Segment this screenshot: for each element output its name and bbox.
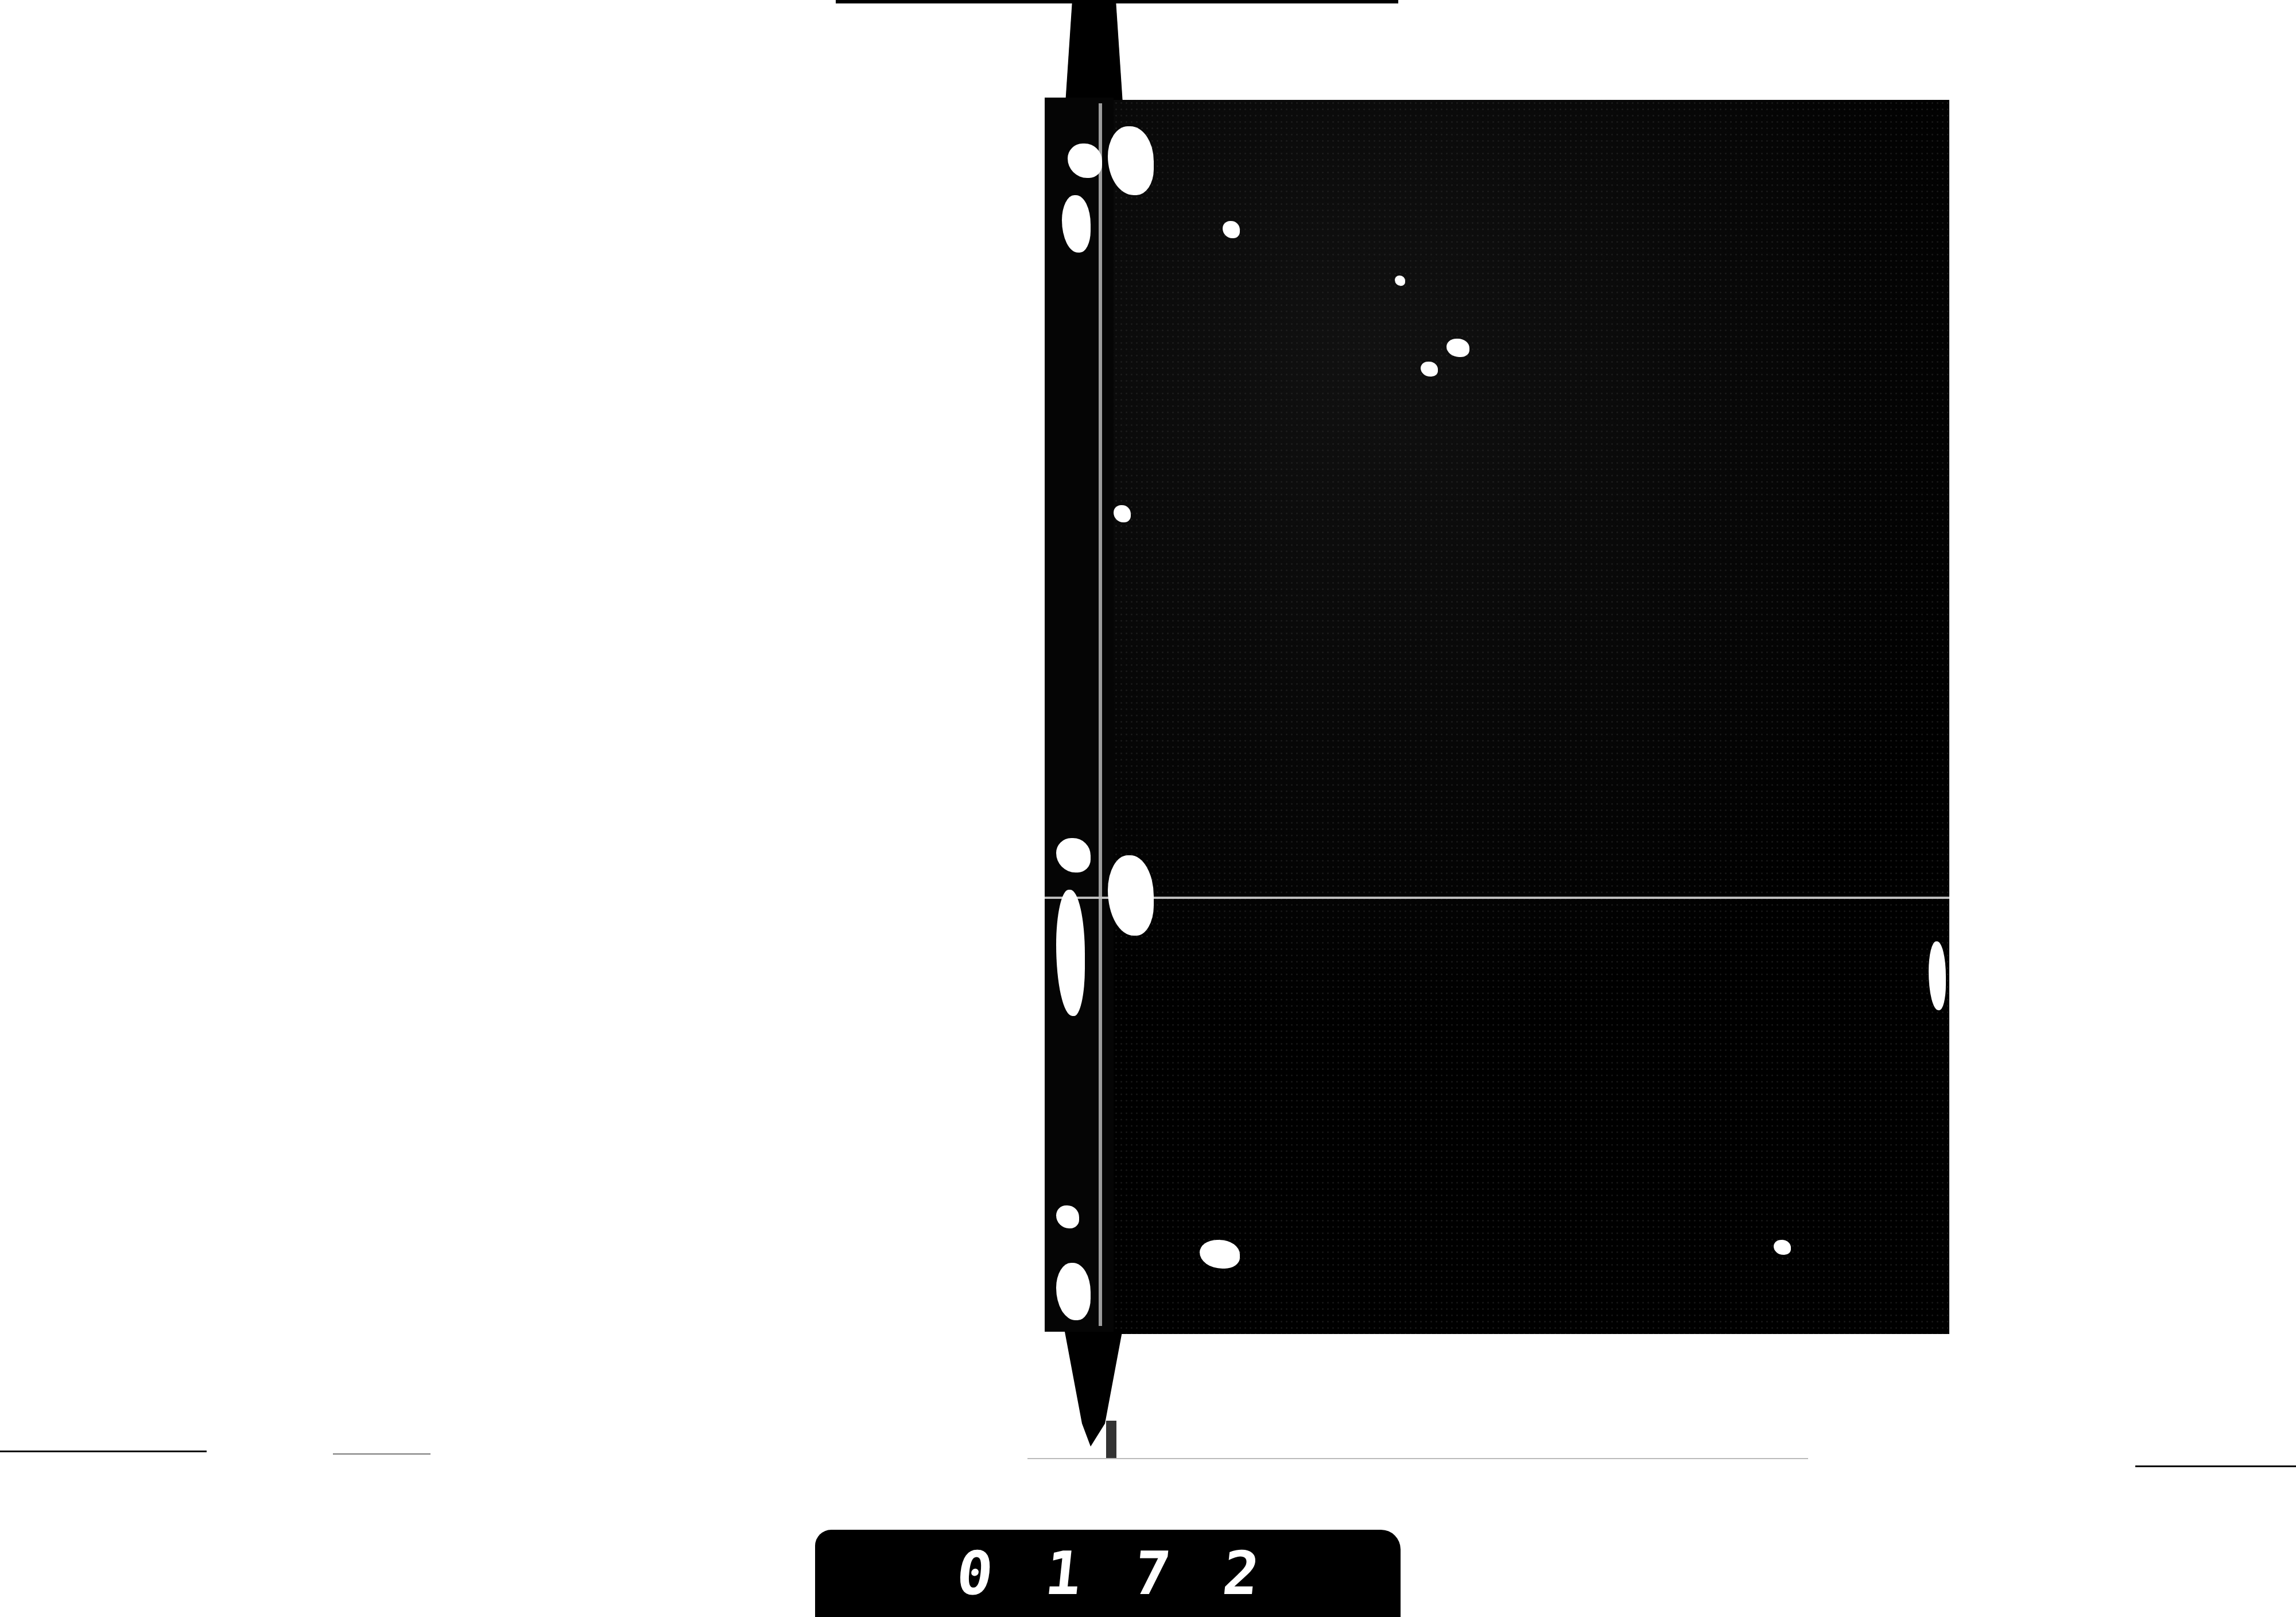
film-top-edge — [836, 0, 1398, 3]
wear-spot — [1114, 505, 1131, 522]
wear-spot — [1421, 362, 1438, 377]
film-baseline-mid — [333, 1453, 430, 1455]
film-baseline-center — [1027, 1458, 1808, 1459]
film-baseline-right — [2135, 1465, 2296, 1467]
frame-number-label: 0172 — [815, 1530, 1401, 1617]
spine-fold-line — [1099, 103, 1102, 1326]
wear-spot — [1774, 1240, 1791, 1255]
film-baseline-left — [0, 1451, 207, 1452]
book-cover-scan — [1045, 92, 1949, 1337]
front-cover-board — [1114, 100, 1949, 1334]
book-spine — [1045, 98, 1114, 1332]
wear-spot — [1395, 276, 1405, 286]
binding-clip-top — [1065, 0, 1123, 103]
wear-spot — [1223, 221, 1240, 238]
frame-number: 0172 — [900, 1538, 1315, 1608]
wear-spot — [1929, 941, 1946, 1010]
binding-clip-stub — [1106, 1421, 1116, 1458]
horizontal-crease — [1045, 897, 1949, 899]
